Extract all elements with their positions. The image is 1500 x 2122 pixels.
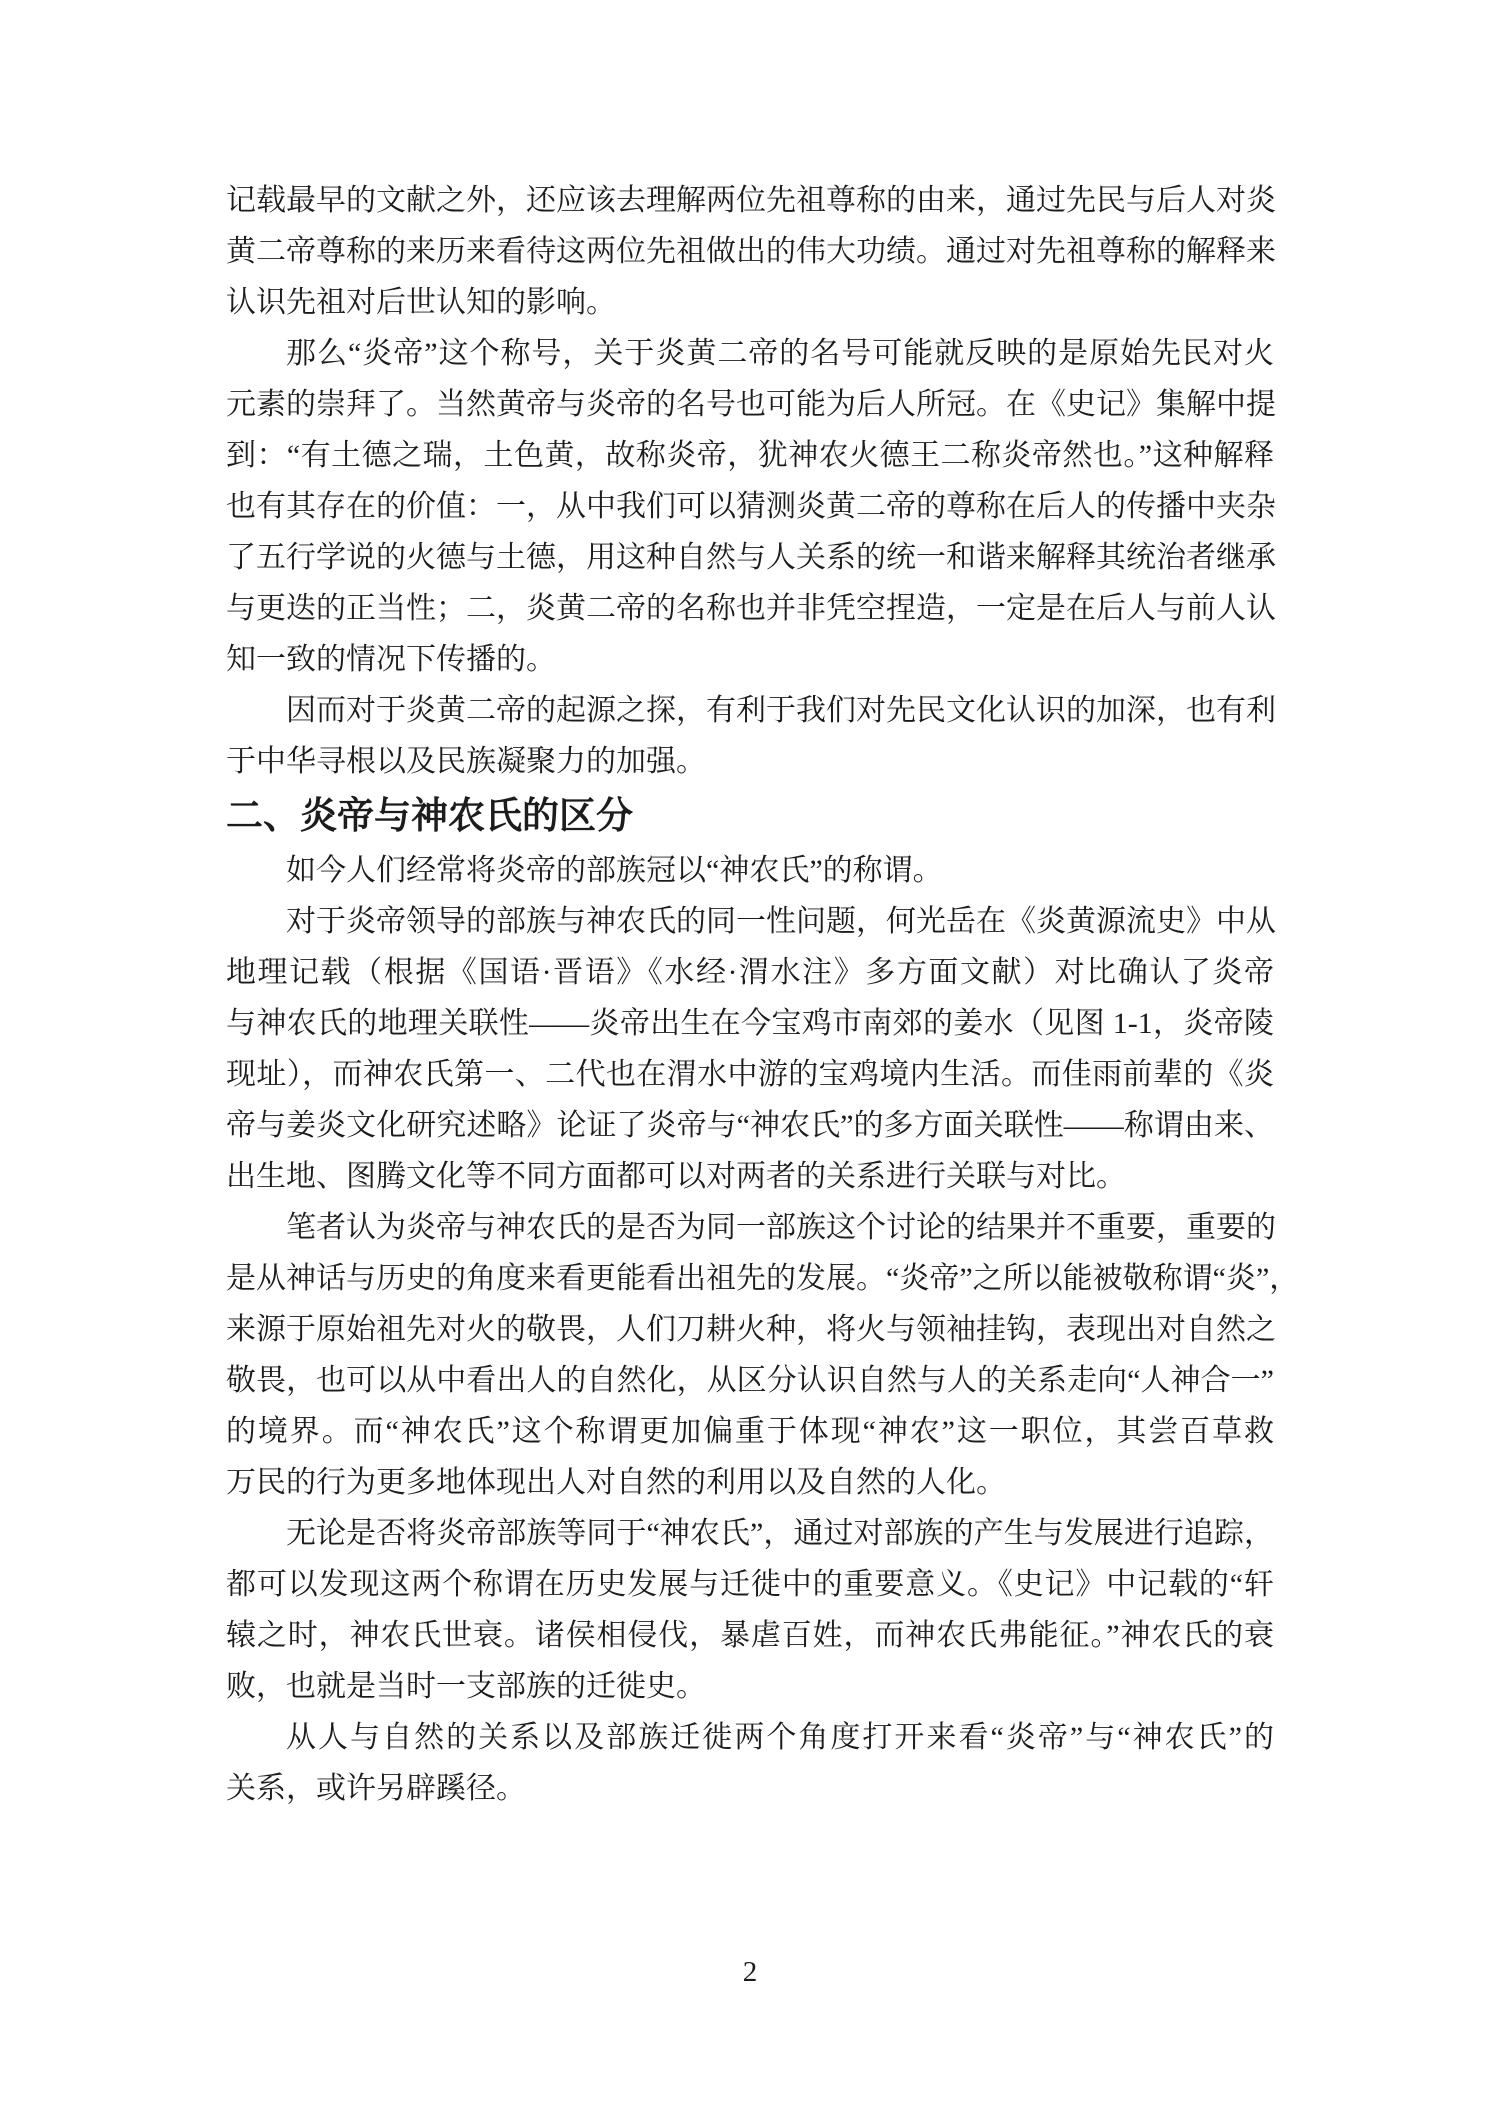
text-line: 万民的行为更多地体现出人对自然的利用以及自然的人化。 bbox=[226, 1457, 1274, 1508]
text-line: 因而对于炎黄二帝的起源之探，有利于我们对先民文化认识的加深，也有利 bbox=[226, 685, 1274, 736]
text-line: 的境界。而“神农氏”这个称谓更加偏重于体现“神农”这一职位，其尝百草救 bbox=[226, 1406, 1274, 1457]
text-line: 于中华寻根以及民族凝聚力的加强。 bbox=[226, 736, 1274, 787]
text-line: 黄二帝尊称的来历来看待这两位先祖做出的伟大功绩。通过对先祖尊称的解释来 bbox=[226, 226, 1274, 277]
text-line: 无论是否将炎帝部族等同于“神农氏”，通过对部族的产生与发展进行追踪， bbox=[226, 1508, 1274, 1559]
page-number: 2 bbox=[0, 1952, 1500, 1992]
text-line: 与更迭的正当性；二，炎黄二帝的名称也并非凭空捏造，一定是在后人与前人认 bbox=[226, 583, 1274, 634]
text-line: 敬畏，也可以从中看出人的自然化，从区分认识自然与人的关系走向“人神合一” bbox=[226, 1355, 1274, 1406]
section-heading: 二、炎帝与神农氏的区分 bbox=[226, 787, 1274, 845]
text-line: 元素的崇拜了。当然黄帝与炎帝的名号也可能为后人所冠。在《史记》集解中提 bbox=[226, 379, 1274, 430]
text-line: 现址），而神农氏第一、二代也在渭水中游的宝鸡境内生活。而佳雨前辈的《炎 bbox=[226, 1049, 1274, 1100]
text-line: 是从神话与历史的角度来看更能看出祖先的发展。“炎帝”之所以能被敬称谓“炎”， bbox=[226, 1253, 1274, 1304]
text-line: 知一致的情况下传播的。 bbox=[226, 634, 1274, 685]
text-line: 地理记载（根据《国语·晋语》《水经·渭水注》多方面文献）对比确认了炎帝 bbox=[226, 947, 1274, 998]
document-page: 记载最早的文献之外，还应该去理解两位先祖尊称的由来，通过先民与后人对炎黄二帝尊称… bbox=[0, 0, 1500, 2122]
text-line: 帝与姜炎文化研究述略》论证了炎帝与“神农氏”的多方面关联性——称谓由来、 bbox=[226, 1100, 1274, 1151]
text-line: 来源于原始祖先对火的敬畏，人们刀耕火种，将火与领袖挂钩，表现出对自然之 bbox=[226, 1304, 1274, 1355]
text-line: 认识先祖对后世认知的影响。 bbox=[226, 277, 1274, 328]
text-line: 对于炎帝领导的部族与神农氏的同一性问题，何光岳在《炎黄源流史》中从 bbox=[226, 896, 1274, 947]
text-line: 辕之时，神农氏世衰。诸侯相侵伐，暴虐百姓，而神农氏弗能征。”神农氏的衰 bbox=[226, 1610, 1274, 1661]
text-line: 关系，或许另辟蹊径。 bbox=[226, 1763, 1274, 1814]
document-body: 记载最早的文献之外，还应该去理解两位先祖尊称的由来，通过先民与后人对炎黄二帝尊称… bbox=[226, 175, 1274, 1814]
text-line: 那么“炎帝”这个称号，关于炎黄二帝的名号可能就反映的是原始先民对火 bbox=[226, 328, 1274, 379]
text-line: 笔者认为炎帝与神农氏的是否为同一部族这个讨论的结果并不重要，重要的 bbox=[226, 1202, 1274, 1253]
text-line: 从人与自然的关系以及部族迁徙两个角度打开来看“炎帝”与“神农氏”的 bbox=[226, 1712, 1274, 1763]
text-line: 记载最早的文献之外，还应该去理解两位先祖尊称的由来，通过先民与后人对炎 bbox=[226, 175, 1274, 226]
text-line: 出生地、图腾文化等不同方面都可以对两者的关系进行关联与对比。 bbox=[226, 1151, 1274, 1202]
text-line: 了五行学说的火德与土德，用这种自然与人关系的统一和谐来解释其统治者继承 bbox=[226, 532, 1274, 583]
text-line: 与神农氏的地理关联性——炎帝出生在今宝鸡市南郊的姜水（见图 1-1，炎帝陵 bbox=[226, 998, 1274, 1049]
text-line: 如今人们经常将炎帝的部族冠以“神农氏”的称谓。 bbox=[226, 845, 1274, 896]
text-line: 都可以发现这两个称谓在历史发展与迁徙中的重要意义。《史记》中记载的“轩 bbox=[226, 1559, 1274, 1610]
text-line: 也有其存在的价值：一，从中我们可以猜测炎黄二帝的尊称在后人的传播中夹杂 bbox=[226, 481, 1274, 532]
text-line: 到：“有土德之瑞，土色黄，故称炎帝，犹神农火德王二称炎帝然也。”这种解释 bbox=[226, 430, 1274, 481]
text-line: 败，也就是当时一支部族的迁徙史。 bbox=[226, 1661, 1274, 1712]
